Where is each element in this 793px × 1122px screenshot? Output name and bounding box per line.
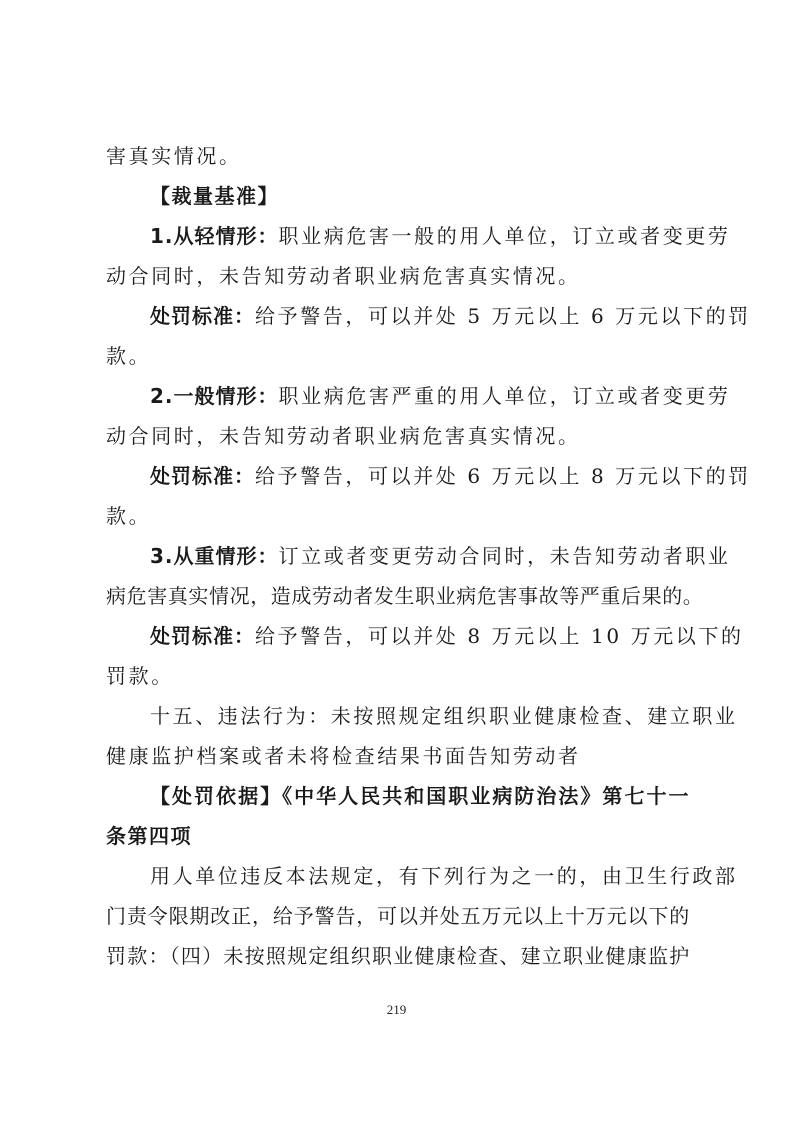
line-text: 款。 bbox=[106, 504, 151, 528]
penalty-standard-label: 处罚标准： bbox=[150, 624, 255, 648]
heading-text: 【裁量基准】 bbox=[150, 184, 279, 208]
law-citation: 条第四项 bbox=[106, 824, 192, 848]
line-text: 职业病危害一般的用人单位，订立或者变更劳 bbox=[279, 224, 731, 248]
line-text: 门责令限期改正，给予警告，可以并处五万元以上十万元以下的 bbox=[106, 904, 690, 928]
paragraph-line: 款。 bbox=[106, 496, 690, 536]
section-heading-discretion-standard: 【裁量基准】 bbox=[106, 176, 690, 216]
line-text: 订立或者变更劳动合同时，未告知劳动者职业 bbox=[279, 544, 731, 568]
line-text: 给予警告，可以并处 8 万元以上 10 万元以下的 bbox=[255, 624, 744, 648]
line-text: 动合同时，未告知劳动者职业病危害真实情况。 bbox=[106, 264, 581, 288]
paragraph-line: 款。 bbox=[106, 336, 690, 376]
line-text: 动合同时，未告知劳动者职业病危害真实情况。 bbox=[106, 424, 581, 448]
paragraph-line: 罚款。 bbox=[106, 656, 690, 696]
paragraph-line: 动合同时，未告知劳动者职业病危害真实情况。 bbox=[106, 416, 690, 456]
document-page-body: 害真实情况。 【裁量基准】 1.从轻情形：职业病危害一般的用人单位，订立或者变更… bbox=[106, 136, 690, 976]
paragraph-line: 害真实情况。 bbox=[106, 136, 690, 176]
case-label-general: 2.一般情形： bbox=[150, 384, 279, 408]
case-label-severe: 3.从重情形： bbox=[150, 544, 279, 568]
line-text: 用人单位违反本法规定，有下列行为之一的，由卫生行政部 bbox=[150, 864, 738, 888]
line-text: 职业病危害严重的用人单位，订立或者变更劳 bbox=[279, 384, 731, 408]
paragraph-line: 门责令限期改正，给予警告，可以并处五万元以上十万元以下的 bbox=[106, 896, 690, 936]
line-text: 健康监护档案或者未将检查结果书面告知劳动者 bbox=[106, 744, 581, 768]
penalty-standard-label: 处罚标准： bbox=[150, 304, 255, 328]
violation-title-line: 十五、违法行为：未按照规定组织职业健康检查、建立职业 bbox=[106, 696, 690, 736]
violation-title-line: 健康监护档案或者未将检查结果书面告知劳动者 bbox=[106, 736, 690, 776]
penalty-basis-line: 条第四项 bbox=[106, 816, 690, 856]
paragraph-line: 3.从重情形：订立或者变更劳动合同时，未告知劳动者职业 bbox=[106, 536, 690, 576]
penalty-standard-label: 处罚标准： bbox=[150, 464, 255, 488]
paragraph-line: 2.一般情形：职业病危害严重的用人单位，订立或者变更劳 bbox=[106, 376, 690, 416]
case-label-lenient: 1.从轻情形： bbox=[150, 224, 279, 248]
paragraph-line: 处罚标准：给予警告，可以并处 5 万元以上 6 万元以下的罚 bbox=[106, 296, 690, 336]
line-text: 给予警告，可以并处 6 万元以上 8 万元以下的罚 bbox=[255, 464, 751, 488]
paragraph-line: 罚款：（四）未按照规定组织职业健康检查、建立职业健康监护 bbox=[106, 936, 690, 976]
paragraph-line: 动合同时，未告知劳动者职业病危害真实情况。 bbox=[106, 256, 690, 296]
line-text: 罚款：（四）未按照规定组织职业健康检查、建立职业健康监护 bbox=[106, 944, 690, 968]
line-text: 害真实情况。 bbox=[106, 144, 242, 168]
page-number: 219 bbox=[0, 1002, 793, 1018]
paragraph-line: 处罚标准：给予警告，可以并处 8 万元以上 10 万元以下的 bbox=[106, 616, 690, 656]
line-text: 给予警告，可以并处 5 万元以上 6 万元以下的罚 bbox=[255, 304, 751, 328]
line-text: 款。 bbox=[106, 344, 151, 368]
penalty-basis-line: 【处罚依据】《中华人民共和国职业病防治法》第七十一 bbox=[106, 776, 690, 816]
line-text: 罚款。 bbox=[106, 664, 174, 688]
paragraph-line: 用人单位违反本法规定，有下列行为之一的，由卫生行政部 bbox=[106, 856, 690, 896]
line-text: 病危害真实情况，造成劳动者发生职业病危害事故等严重后果的。 bbox=[106, 584, 703, 608]
paragraph-line: 1.从轻情形：职业病危害一般的用人单位，订立或者变更劳 bbox=[106, 216, 690, 256]
paragraph-line: 处罚标准：给予警告，可以并处 6 万元以上 8 万元以下的罚 bbox=[106, 456, 690, 496]
line-text: 十五、违法行为：未按照规定组织职业健康检查、建立职业 bbox=[150, 704, 738, 728]
penalty-basis-label: 【处罚依据】 bbox=[150, 784, 282, 808]
law-citation: 《中华人民共和国职业病防治法》第七十一 bbox=[282, 784, 690, 808]
paragraph-line: 病危害真实情况，造成劳动者发生职业病危害事故等严重后果的。 bbox=[106, 576, 690, 616]
